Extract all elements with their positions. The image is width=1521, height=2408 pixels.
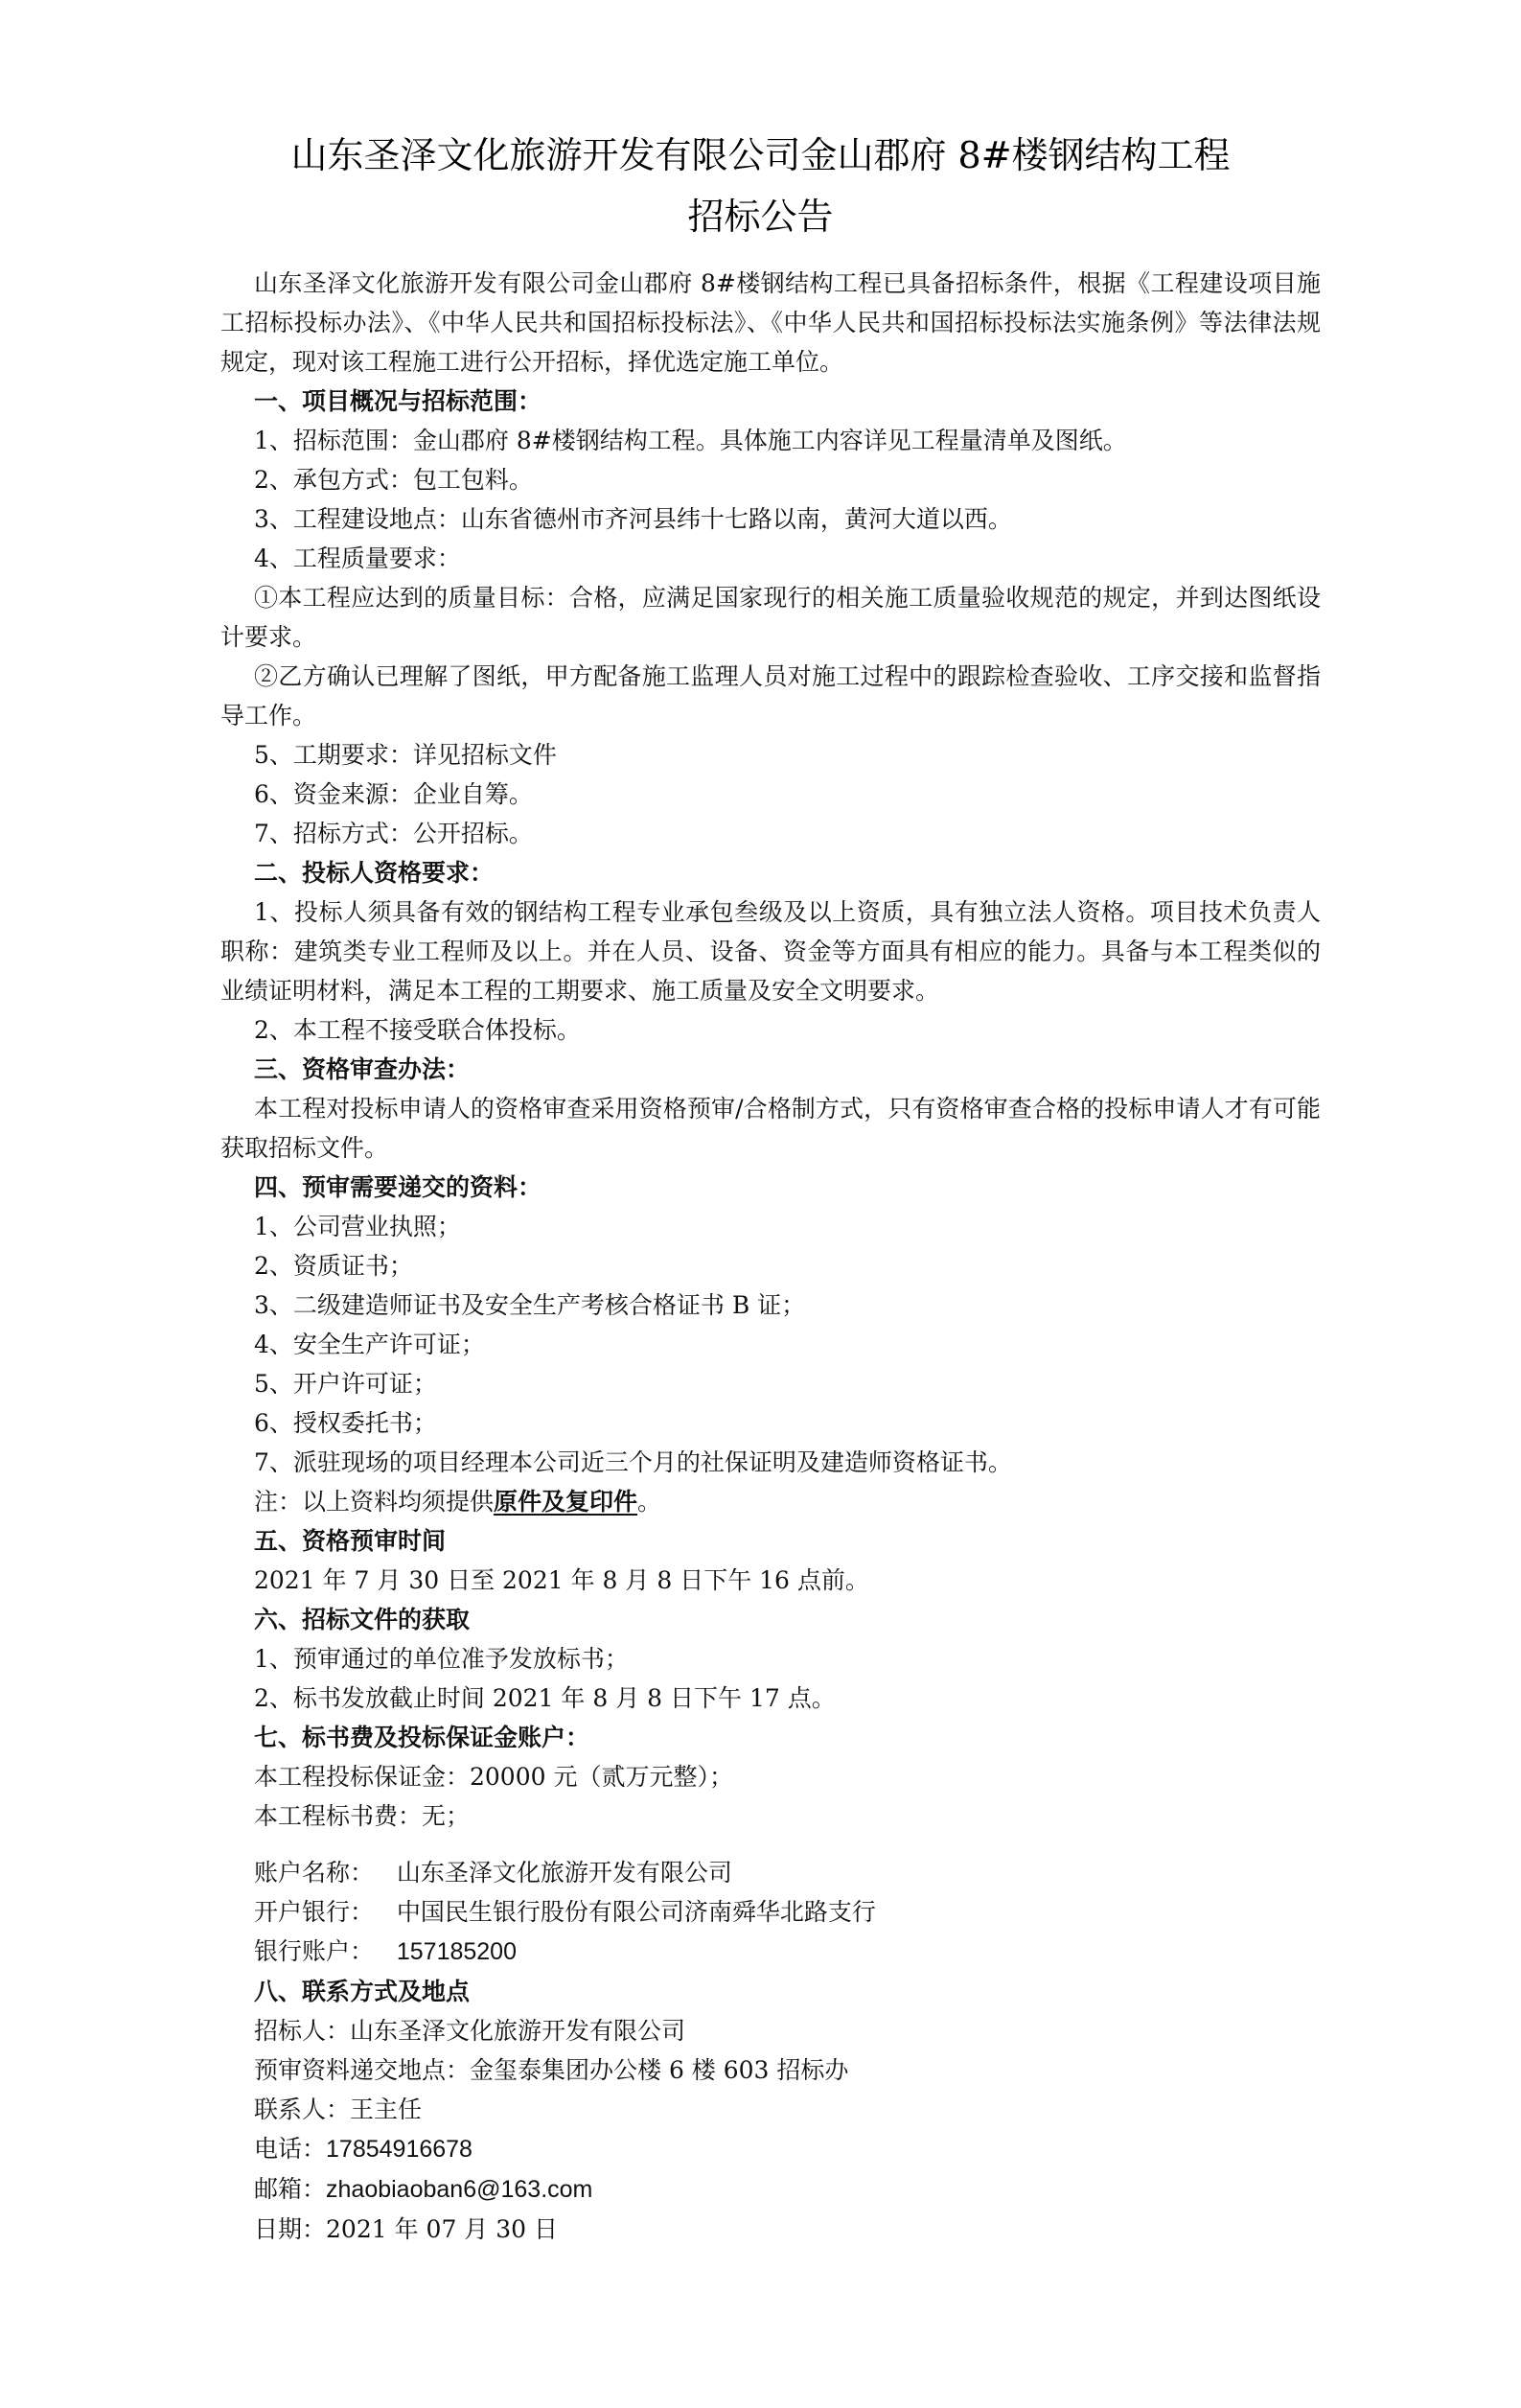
phone-row: 电话：17854916678 <box>220 2129 1321 2169</box>
document-title-line1: 山东圣泽文化旅游开发有限公司金山郡府 8#楼钢结构工程 <box>0 127 1521 184</box>
section2-item-1: 1、投标人须具备有效的钢结构工程专业承包叁级及以上资质，具有独立法人资格。项目技… <box>220 892 1321 1010</box>
section7-heading: 七、标书费及投标保证金账户： <box>220 1718 1321 1757</box>
document-page: 山东圣泽文化旅游开发有限公司金山郡府 8#楼钢结构工程 招标公告 山东圣泽文化旅… <box>0 0 1521 2408</box>
section3-heading: 三、资格审查办法： <box>220 1050 1321 1089</box>
note-suffix: 。 <box>637 1488 661 1516</box>
account-number-label: 银行账户： <box>254 1932 374 1971</box>
account-name-row: 账户名称： 山东圣泽文化旅游开发有限公司 <box>220 1853 1321 1892</box>
deposit-text: 本工程投标保证金：20000 元（贰万元整）； <box>220 1757 1321 1796</box>
section2-heading: 二、投标人资格要求： <box>220 853 1321 892</box>
section4-item-5: 5、开户许可证； <box>220 1364 1321 1403</box>
section1-item-5: 5、工期要求：详见招标文件 <box>220 735 1321 775</box>
bank-label: 开户银行： <box>254 1892 374 1932</box>
spacer <box>220 1836 1321 1853</box>
document-title-line2: 招标公告 <box>0 188 1521 245</box>
note-prefix: 注：以上资料均须提供 <box>254 1488 494 1516</box>
account-name-label: 账户名称： <box>254 1853 374 1892</box>
section6-heading: 六、招标文件的获取 <box>220 1600 1321 1639</box>
section1-item-7: 7、招标方式：公开招标。 <box>220 814 1321 853</box>
quality-item-2: ②乙方确认已理解了图纸，甲方配备施工监理人员对施工过程中的跟踪检查验收、工序交接… <box>220 657 1321 735</box>
section4-item-6: 6、授权委托书； <box>220 1403 1321 1443</box>
section4-item-1: 1、公司营业执照； <box>220 1207 1321 1246</box>
section2-item-2: 2、本工程不接受联合体投标。 <box>220 1010 1321 1050</box>
contact-text: 联系人：王主任 <box>220 2090 1321 2129</box>
email-row: 邮箱：zhaobiaoban6@163.com <box>220 2169 1321 2210</box>
section6-item-1: 1、预审通过的单位准予发放标书； <box>220 1639 1321 1679</box>
section1-item-6: 6、资金来源：企业自筹。 <box>220 775 1321 814</box>
section8-heading: 八、联系方式及地点 <box>220 1972 1321 2011</box>
section1-heading: 一、项目概况与招标范围： <box>220 382 1321 421</box>
section1-item-4: 4、工程质量要求： <box>220 539 1321 578</box>
date-value: 2021 年 07 月 30 日 <box>326 2215 558 2243</box>
section4-heading: 四、预审需要递交的资料： <box>220 1168 1321 1207</box>
section5-text: 2021 年 7 月 30 日至 2021 年 8 月 8 日下午 16 点前。 <box>220 1561 1321 1600</box>
account-number-row: 银行账户： 157185200 <box>220 1932 1321 1972</box>
date-label: 日期： <box>254 2215 326 2243</box>
email-value: zhaobiaoban6@163.com <box>326 2176 592 2203</box>
quality-item-1: ①本工程应达到的质量目标：合格，应满足国家现行的相关施工质量验收规范的规定，并到… <box>220 578 1321 657</box>
fee-text: 本工程标书费：无； <box>220 1796 1321 1836</box>
section4-note: 注：以上资料均须提供原件及复印件。 <box>220 1482 1321 1521</box>
section4-item-3: 3、二级建造师证书及安全生产考核合格证书 B 证； <box>220 1285 1321 1325</box>
location-text: 预审资料递交地点：金玺泰集团办公楼 6 楼 603 招标办 <box>220 2050 1321 2090</box>
section1-item-3: 3、工程建设地点：山东省德州市齐河县纬十七路以南，黄河大道以西。 <box>220 499 1321 539</box>
phone-label: 电话： <box>254 2135 326 2163</box>
note-emphasis: 原件及复印件 <box>494 1488 637 1516</box>
account-name-value: 山东圣泽文化旅游开发有限公司 <box>397 1859 732 1887</box>
phone-value: 17854916678 <box>326 2136 472 2163</box>
email-label: 邮箱： <box>254 2175 326 2203</box>
section3-text: 本工程对投标申请人的资格审查采用资格预审/合格制方式，只有资格审查合格的投标申请… <box>220 1089 1321 1168</box>
date-row: 日期：2021 年 07 月 30 日 <box>220 2210 1321 2249</box>
section1-item-1: 1、招标范围：金山郡府 8#楼钢结构工程。具体施工内容详见工程量清单及图纸。 <box>220 421 1321 460</box>
section6-item-2: 2、标书发放截止时间 2021 年 8 月 8 日下午 17 点。 <box>220 1679 1321 1718</box>
intro-paragraph: 山东圣泽文化旅游开发有限公司金山郡府 8#楼钢结构工程已具备招标条件，根据《工程… <box>220 264 1321 382</box>
section1-item-2: 2、承包方式：包工包料。 <box>220 460 1321 499</box>
section4-item-2: 2、资质证书； <box>220 1246 1321 1285</box>
bank-row: 开户银行： 中国民生银行股份有限公司济南舜华北路支行 <box>220 1892 1321 1932</box>
document-body: 山东圣泽文化旅游开发有限公司金山郡府 8#楼钢结构工程已具备招标条件，根据《工程… <box>220 264 1321 2249</box>
account-number-value: 157185200 <box>397 1938 517 1965</box>
tenderer-text: 招标人：山东圣泽文化旅游开发有限公司 <box>220 2011 1321 2050</box>
section5-heading: 五、资格预审时间 <box>220 1521 1321 1561</box>
bank-value: 中国民生银行股份有限公司济南舜华北路支行 <box>397 1898 876 1926</box>
section4-item-7: 7、派驻现场的项目经理本公司近三个月的社保证明及建造师资格证书。 <box>220 1443 1321 1482</box>
section4-item-4: 4、安全生产许可证； <box>220 1325 1321 1364</box>
